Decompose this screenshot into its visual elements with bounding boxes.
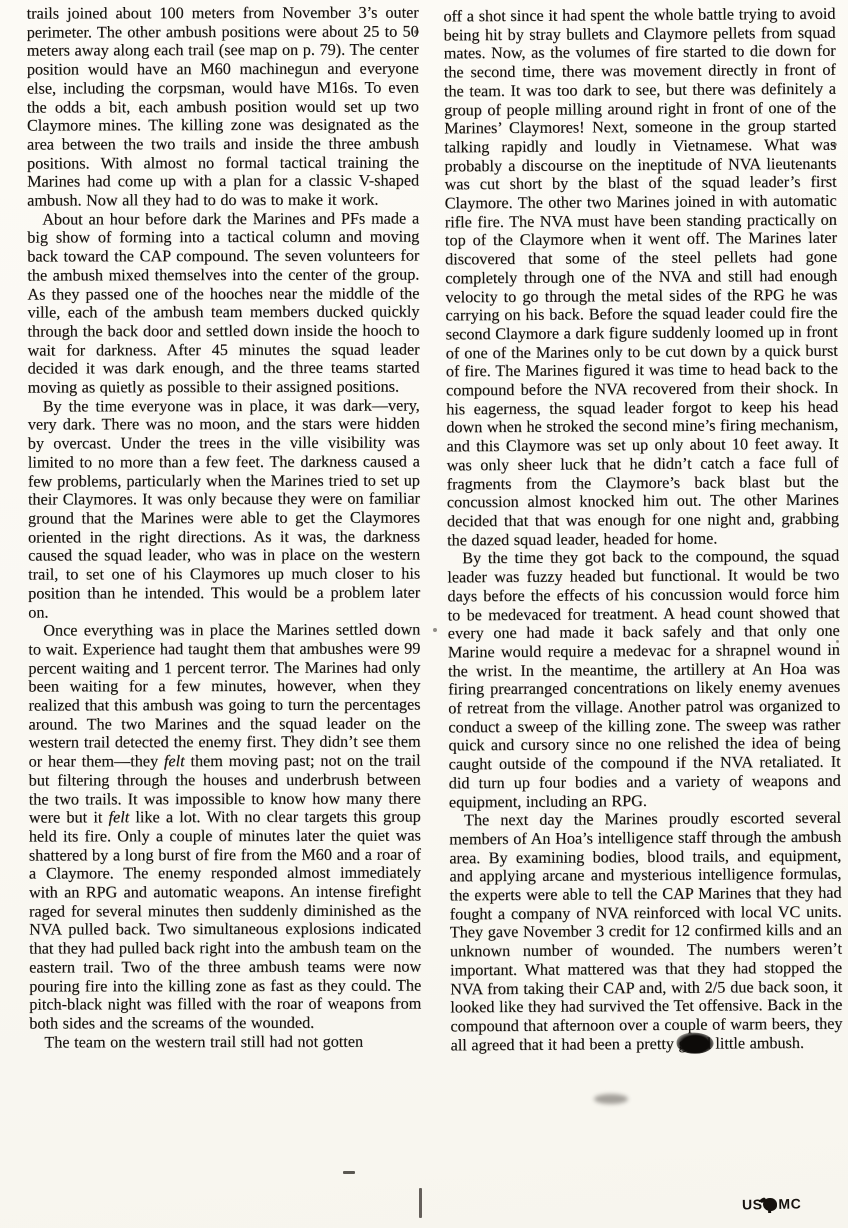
ink-blot-run: good xyxy=(678,1034,710,1052)
text-run: By the time they got back to the compoun… xyxy=(447,547,841,811)
scan-artifact-speck xyxy=(433,628,437,632)
text-run: About an hour before dark the Marines an… xyxy=(27,209,419,396)
text-run: like a lot. With no clear targets this g… xyxy=(29,808,421,1033)
italic-run: felt xyxy=(164,752,185,770)
text-run: off a shot since it had spent the whole … xyxy=(443,5,839,549)
text-run: The team on the western trail still had … xyxy=(44,1032,363,1051)
text-run: trails joined about 100 meters from Nove… xyxy=(27,3,419,209)
usmc-signoff: US MC xyxy=(742,1195,802,1212)
paragraph: About an hour before dark the Marines an… xyxy=(27,209,419,397)
paragraph: The next day the Marines proudly escorte… xyxy=(449,809,843,1055)
scan-artifact-smudge xyxy=(594,1094,628,1104)
paragraph: The team on the western trail still had … xyxy=(29,1032,421,1052)
left-text-column: trails joined about 100 meters from Nove… xyxy=(27,3,422,1051)
signoff-mc-text: MC xyxy=(778,1195,801,1211)
paragraph: Once everything was in place the Marines… xyxy=(28,621,421,1033)
scan-artifact-vline xyxy=(419,1188,422,1218)
scanned-document-page: trails joined about 100 meters from Nove… xyxy=(0,0,848,1228)
italic-run: felt xyxy=(109,808,130,826)
text-run: Once everything was in place the Marines… xyxy=(28,621,420,771)
text-run: little ambush. xyxy=(711,1034,804,1053)
paragraph: trails joined about 100 meters from Nove… xyxy=(27,3,420,210)
usmc-emblem-icon xyxy=(763,1197,777,1210)
scan-artifact-dash xyxy=(343,1171,355,1174)
right-text-column: off a shot since it had spent the whole … xyxy=(443,5,842,1055)
paragraph: By the time they got back to the compoun… xyxy=(447,547,841,812)
scan-artifact-speck xyxy=(833,143,837,146)
paragraph: By the time everyone was in place, it wa… xyxy=(28,396,421,621)
scan-artifact-speck xyxy=(836,640,839,643)
text-run: By the time everyone was in place, it wa… xyxy=(28,396,420,621)
paragraph: off a shot since it had spent the whole … xyxy=(443,5,839,550)
scan-artifact-speck xyxy=(414,30,419,34)
text-run: The next day the Marines proudly escorte… xyxy=(449,809,842,1054)
